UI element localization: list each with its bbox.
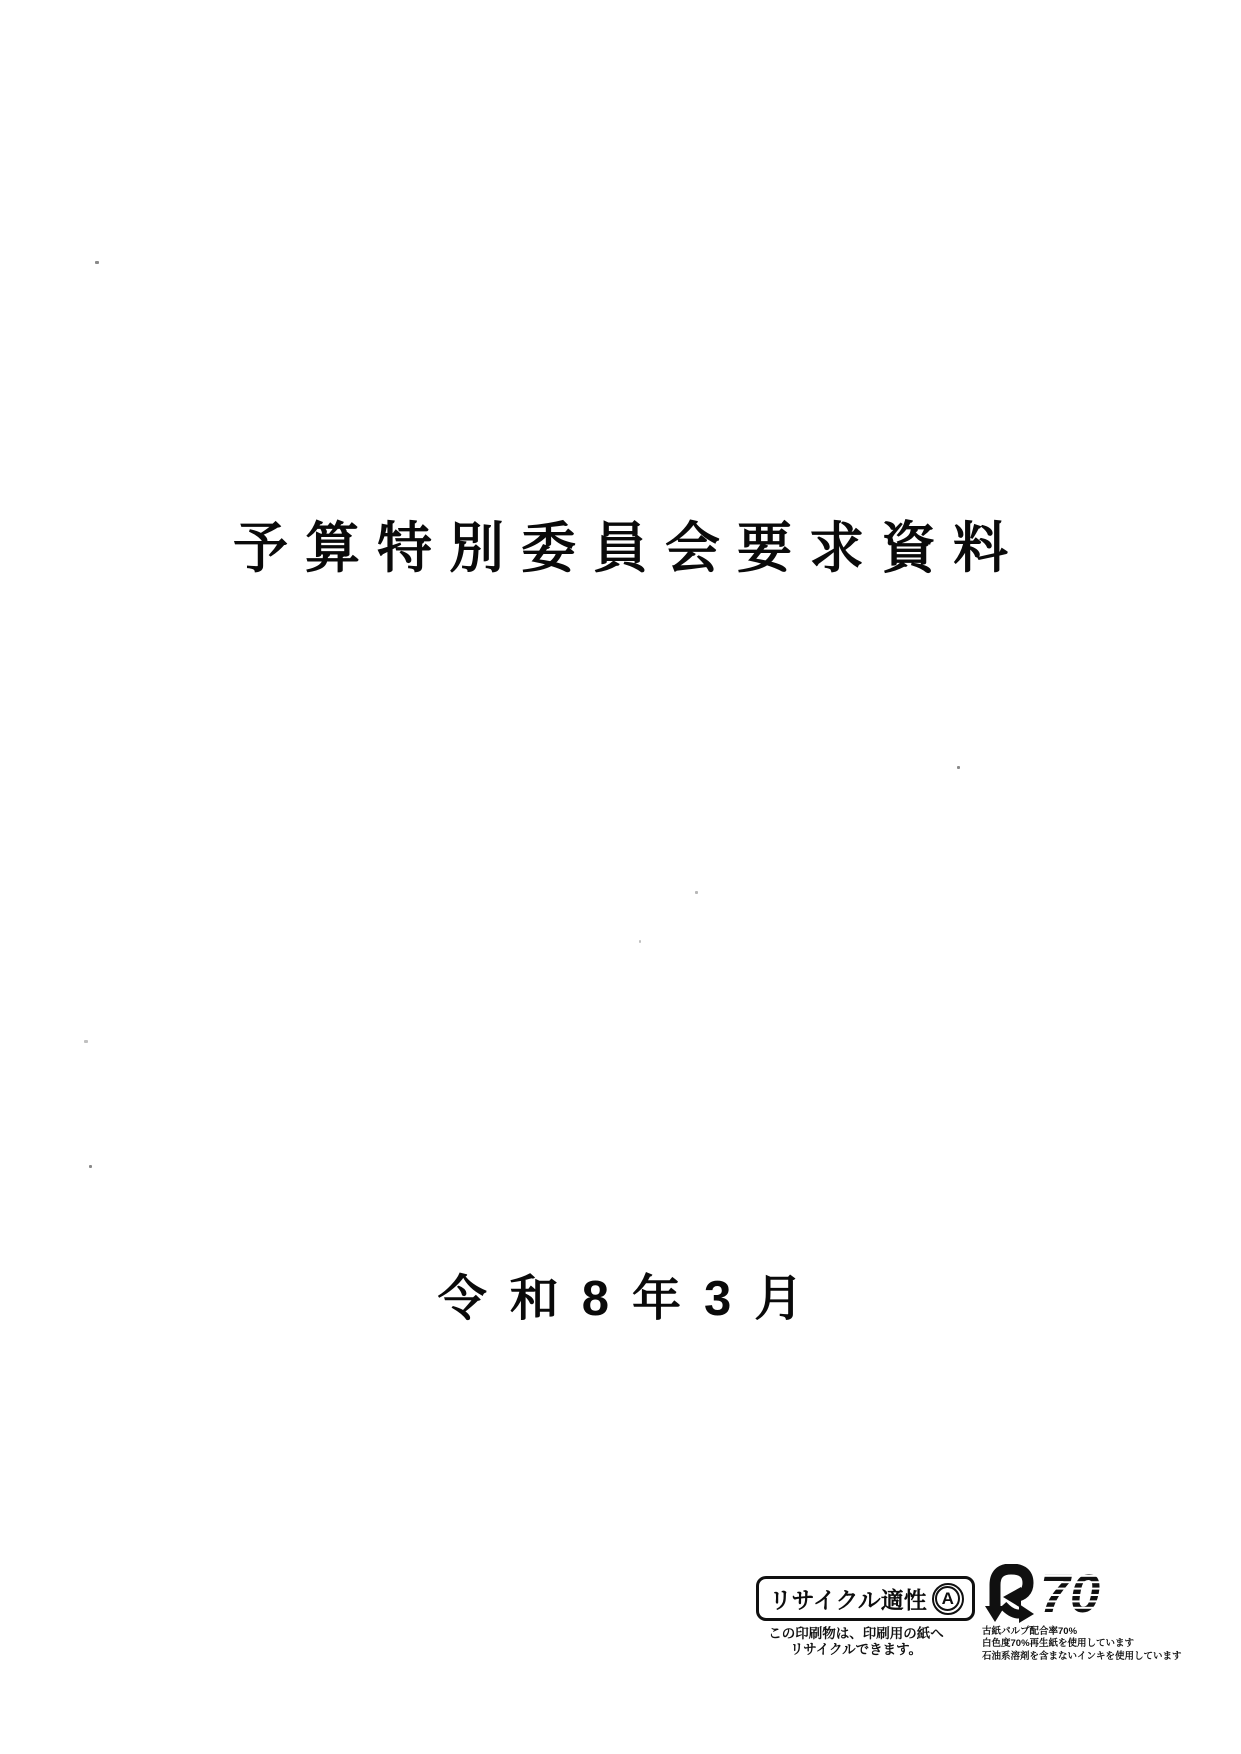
scan-speck [89,1165,92,1168]
recyclability-note-line1: この印刷物は、印刷用の紙へ [756,1626,956,1642]
document-page: 予算特別委員会要求資料 令和8年3月 リサイクル適性 A この印刷物は、印刷用の… [0,0,1241,1754]
recyclability-note-line2: リサイクルできます。 [756,1642,956,1658]
scan-speck [84,1040,88,1043]
r70-note-line2: 白色度70%再生紙を使用しています [982,1638,1212,1650]
scan-speck [639,940,641,943]
recyclability-mark-group: リサイクル適性 A この印刷物は、印刷用の紙へ リサイクルできます。 [756,1576,956,1658]
r70-recycled-paper-mark-icon: 70 [982,1564,1142,1624]
scan-speck [957,766,960,769]
r70-number: 70 [1040,1564,1100,1624]
r70-note-line3: 石油系溶剤を含まないインキを使用しています [982,1651,1212,1663]
r70-note-line1: 古紙パルプ配合率70% [982,1626,1212,1638]
recyclability-badge-label: リサイクル適性 [769,1582,927,1615]
scan-speck [695,891,698,894]
r70-mark-group: 70 古紙パルプ配合率70% 白色度70%再生紙を使用しています 石油系溶剤を含… [982,1564,1212,1663]
document-title: 予算特別委員会要求資料 [0,504,1241,583]
recyclability-badge: リサイクル適性 A [756,1576,975,1621]
scan-speck [95,261,99,264]
r-arrow-symbol [985,1569,1034,1623]
document-date: 令和8年3月 [0,1260,1241,1330]
recyclability-grade: A [935,1586,960,1611]
circled-a-icon: A [932,1583,964,1615]
